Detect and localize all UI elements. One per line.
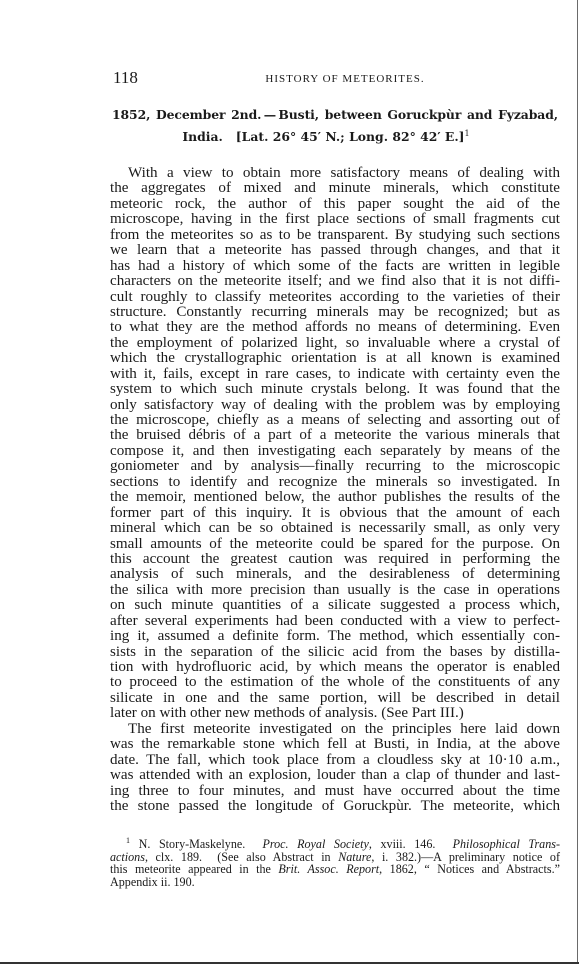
footnote-line: this meteorite appeared in the Brit. Ass…	[110, 863, 560, 876]
body-line: cult roughly to classify meteorites acco…	[110, 290, 560, 305]
footnote-line: Appendix ii. 190.	[110, 876, 560, 889]
page-edge-line	[577, 0, 578, 964]
body-line: characters on the meteorite itself; and …	[110, 274, 560, 289]
footnote-text: , 1862, “ Notices and Abstracts.”	[379, 862, 560, 876]
body-line: ing it, assumed a definite form. The met…	[110, 629, 560, 644]
body-line: this account the greatest caution was re…	[110, 552, 560, 567]
body-line: which the crystallographic orientation i…	[110, 351, 560, 366]
body-line: former part of this inquiry. It is obvio…	[110, 506, 560, 521]
footnote-citation: Brit. Assoc. Report	[278, 862, 379, 876]
body-line: we learn that a meteorite has passed thr…	[110, 243, 560, 258]
body-line: small amounts of the meteorite could be …	[110, 537, 560, 552]
running-title: HISTORY OF METEORITES.	[110, 73, 560, 85]
entry-heading-coordinates: India. [Lat. 26° 45′ N.; Long. 82° 42′ E…	[182, 129, 464, 144]
body-line: on such minute quantities of a silicate …	[110, 598, 560, 613]
body-line: the employment of polarized light, so in…	[110, 336, 560, 351]
running-head: 118 HISTORY OF METEORITES.	[110, 68, 560, 90]
body-line: mineral which can be so obtained is nece…	[110, 521, 560, 536]
body-line: With a view to obtain more satisfactory …	[110, 166, 560, 181]
body-line: sections to identify and recognize the m…	[110, 475, 560, 490]
body-line: tion with hydrofluoric acid, by which me…	[110, 660, 560, 675]
footnote-ref: 1	[465, 129, 470, 138]
body-line: microscope, having in the first place se…	[110, 212, 560, 227]
body-line: the stone passed the longitude of Goruck…	[110, 799, 560, 814]
entry-heading: 1852, December 2nd. — Busti, between Gor…	[112, 104, 558, 148]
body-line: meteoric rock, the author of this paper …	[110, 197, 560, 212]
body-line: silicate in one and the same portion, wi…	[110, 691, 560, 706]
footnote-marker: 1	[126, 836, 130, 845]
body-line: ing three to four minutes, and must have…	[110, 784, 560, 799]
body-line: goniometer and by analysis—finally recur…	[110, 459, 560, 474]
body-line: to what they are the method affords no m…	[110, 320, 560, 335]
body-line: the bruised débris of a part of a meteor…	[110, 428, 560, 443]
body-line: has had a history of which some of the f…	[110, 259, 560, 274]
body-line: system to which such minute crystals bel…	[110, 382, 560, 397]
footnotes: 1 N. Story-Maskelyne. Proc. Royal Societ…	[110, 838, 560, 888]
body-line: to proceed to the estimation of the whol…	[110, 675, 560, 690]
body-line: compose it, and then investigating each …	[110, 444, 560, 459]
body-line: from the meteorites so as to be transpar…	[110, 228, 560, 243]
body-line: date. The fall, which took place from a …	[110, 753, 560, 768]
body-line: with it, fails, except in rare cases, to…	[110, 367, 560, 382]
body-line: the microscope, chiefly as a means of se…	[110, 413, 560, 428]
body-line: the memoir, mentioned below, the author …	[110, 490, 560, 505]
body-line: was the remarkable stone which fell at B…	[110, 737, 560, 752]
body-line: structure. Constantly recurring minerals…	[110, 305, 560, 320]
body-paragraphs: With a view to obtain more satisfactory …	[110, 166, 560, 814]
entry-heading-line-2: India. [Lat. 26° 45′ N.; Long. 82° 42′ E…	[112, 126, 558, 148]
body-line: was attended with an explosion, louder t…	[110, 768, 560, 783]
body-line: the aggregates of mixed and minute miner…	[110, 181, 560, 196]
body-line: later on with other new methods of analy…	[110, 706, 560, 721]
body-line: after several experiments had been condu…	[110, 614, 560, 629]
body-line: The first meteorite investigated on the …	[110, 722, 560, 737]
body-line: analysis of such minerals, and the desir…	[110, 567, 560, 582]
body-line: the silica with more precision than usua…	[110, 583, 560, 598]
entry-heading-line-1: 1852, December 2nd. — Busti, between Gor…	[112, 104, 558, 126]
body-line: sists in the separation of the silicic a…	[110, 645, 560, 660]
body-line: only satisfactory way of dealing with th…	[110, 398, 560, 413]
